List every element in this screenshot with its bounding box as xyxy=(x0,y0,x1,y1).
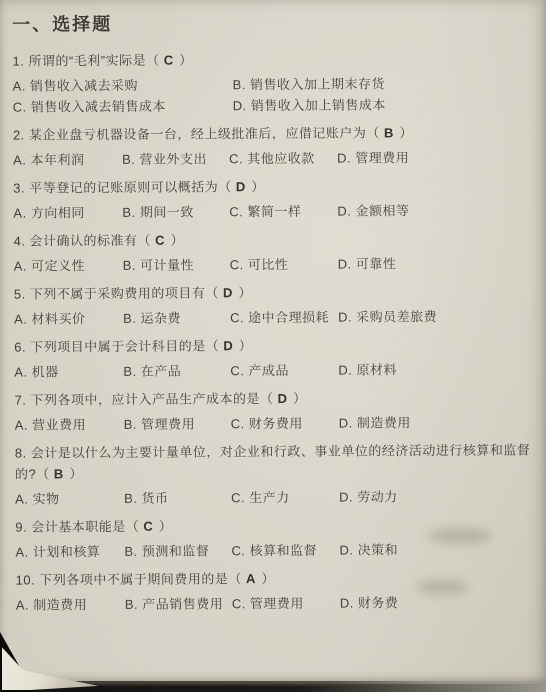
option-d: D. 销售收入加上销售成本 xyxy=(233,93,535,116)
option-b: B. 可计量性 xyxy=(123,254,230,276)
photo-of-exam-sheet: 一、选择题 1. 所谓的“毛利”实际是（ C ） A. 销售收入减去采购 B. … xyxy=(0,0,546,692)
question-1: 1. 所谓的“毛利”实际是（ C ） A. 销售收入减去采购 B. 销售收入加上… xyxy=(12,47,534,117)
option-d: D. 劳动力 xyxy=(339,485,537,507)
question-5: 5. 下列不属于采购费用的项目有（ D ） A. 材料买价 B. 运杂费 C. … xyxy=(14,280,536,329)
option-b: B. 产品销售费用 xyxy=(125,593,232,615)
question-stem-close: ） xyxy=(235,338,253,353)
options-row: A. 营业费用 B. 管理费用 C. 财务费用 D. 制造费用 xyxy=(15,411,537,435)
option-c: C. 管理费用 xyxy=(232,593,340,615)
answer-letter: C xyxy=(155,233,166,248)
option-c: C. 其他应收款 xyxy=(229,148,337,170)
option-a: A. 销售收入减去采购 xyxy=(13,74,233,96)
question-stem: 6. 下列项目中属于会计科目的是（ xyxy=(14,338,223,354)
answer-letter: C xyxy=(143,519,154,534)
option-d: D. 制造费用 xyxy=(339,411,537,433)
answer-letter: D xyxy=(223,338,234,353)
question-stem: 8. 会计是以什么为主要计量单位，对企业和行政、事业单位的经济活动进行核算和监督… xyxy=(15,442,531,481)
option-d: D. 管理费用 xyxy=(337,146,535,168)
question-text: 5. 下列不属于采购费用的项目有（ D ） xyxy=(14,280,536,304)
option-b: B. 运杂费 xyxy=(123,307,230,329)
question-stem: 7. 下列各项中，应计入产品生产成本的是（ xyxy=(14,391,277,408)
question-text: 4. 会计确认的标准有（ C ） xyxy=(14,227,536,251)
section-title: 一、选择题 xyxy=(12,9,534,36)
question-stem: 10. 下列各项中不属于期间费用的是（ xyxy=(16,571,246,587)
options-row: A. 制造费用 B. 产品销售费用 C. 管理费用 D. 财务费 xyxy=(16,591,538,615)
answer-letter: B xyxy=(384,125,395,140)
answer-letter: A xyxy=(246,571,257,586)
ink-smudge xyxy=(428,528,492,544)
question-stem-close: ） xyxy=(247,179,265,194)
question-stem: 2. 某企业盘亏机器设备一台，经上级批准后，应借记账户为（ xyxy=(13,125,384,142)
options-row: A. 可定义性 B. 可计量性 C. 可比性 D. 可靠性 xyxy=(14,252,536,276)
option-d: D. 金额相等 xyxy=(337,199,535,221)
option-b: B. 营业外支出 xyxy=(122,148,229,170)
question-stem-close: ） xyxy=(175,52,193,67)
option-a: A. 本年利润 xyxy=(13,149,122,171)
option-b: B. 在产品 xyxy=(123,360,230,382)
options-row: A. 材料买价 B. 运杂费 C. 途中合理损耗 D. 采购员差旅费 xyxy=(14,305,536,329)
question-text: 6. 下列项目中属于会计科目的是（ D ） xyxy=(14,333,536,357)
option-b: B. 期间一致 xyxy=(122,201,229,223)
question-stem: 3. 平等登记的记账原则可以概括为（ xyxy=(13,179,236,195)
question-6: 6. 下列项目中属于会计科目的是（ D ） A. 机器 B. 在产品 C. 产成… xyxy=(14,333,536,382)
option-a: A. 材料买价 xyxy=(14,308,123,330)
option-a: A. 可定义性 xyxy=(14,255,123,277)
question-text: 3. 平等登记的记账原则可以概括为（ D ） xyxy=(13,174,535,198)
option-c: C. 财务费用 xyxy=(231,413,339,435)
option-d: D. 原材料 xyxy=(338,358,536,380)
question-text: 8. 会计是以什么为主要计量单位，对企业和行政、事业单位的经济活动进行核算和监督… xyxy=(15,439,537,484)
option-c: C. 核算和监督 xyxy=(231,540,339,562)
option-a: A. 制造费用 xyxy=(16,594,125,616)
option-b: B. 销售收入加上期末存货 xyxy=(233,72,535,95)
question-stem-close: ） xyxy=(166,233,184,248)
option-c: C. 繁简一样 xyxy=(229,201,337,223)
options-row: A. 销售收入减去采购 B. 销售收入加上期末存货 C. 销售收入减去销售成本 … xyxy=(13,72,535,117)
question-stem-close: ） xyxy=(289,391,307,406)
question-stem: 9. 会计基本职能是（ xyxy=(15,519,143,535)
answer-letter: B xyxy=(54,466,65,481)
question-stem-close: ） xyxy=(257,571,275,586)
answer-letter: D xyxy=(278,391,289,406)
option-a: A. 实物 xyxy=(15,488,124,510)
ink-smudge xyxy=(416,580,468,594)
question-stem: 5. 下列不属于采购费用的项目有（ xyxy=(14,285,223,301)
question-3: 3. 平等登记的记账原则可以概括为（ D ） A. 方向相同 B. 期间一致 C… xyxy=(13,174,535,223)
option-b: B. 管理费用 xyxy=(124,413,231,435)
question-stem-close: ） xyxy=(395,125,413,140)
option-c: C. 途中合理损耗 xyxy=(230,307,338,329)
option-a: A. 计划和核算 xyxy=(15,541,124,563)
question-text: 1. 所谓的“毛利”实际是（ C ） xyxy=(12,47,534,71)
question-stem-close: ） xyxy=(155,519,173,534)
option-a: A. 营业费用 xyxy=(15,414,124,436)
options-row: A. 方向相同 B. 期间一致 C. 繁简一样 D. 金额相等 xyxy=(13,199,535,223)
option-b: B. 货币 xyxy=(124,487,231,509)
question-stem-close: ） xyxy=(234,285,252,300)
question-2: 2. 某企业盘亏机器设备一台，经上级批准后，应借记账户为（ B ） A. 本年利… xyxy=(13,121,535,170)
option-b: B. 预测和监督 xyxy=(124,540,231,562)
option-d: D. 财务费 xyxy=(340,591,538,613)
question-stem-close: ） xyxy=(65,466,83,481)
option-c: C. 生产力 xyxy=(231,487,339,509)
answer-letter: D xyxy=(223,285,234,300)
option-d: D. 采购员差旅费 xyxy=(338,305,536,327)
question-text: 2. 某企业盘亏机器设备一台，经上级批准后，应借记账户为（ B ） xyxy=(13,121,535,145)
option-a: A. 机器 xyxy=(14,361,123,383)
question-stem: 4. 会计确认的标准有（ xyxy=(14,233,156,249)
question-7: 7. 下列各项中，应计入产品生产成本的是（ D ） A. 营业费用 B. 管理费… xyxy=(14,386,536,435)
options-row: A. 实物 B. 货币 C. 生产力 D. 劳动力 xyxy=(15,485,537,509)
question-4: 4. 会计确认的标准有（ C ） A. 可定义性 B. 可计量性 C. 可比性 … xyxy=(14,227,536,276)
options-row: A. 机器 B. 在产品 C. 产成品 D. 原材料 xyxy=(14,358,536,382)
question-text: 7. 下列各项中，应计入产品生产成本的是（ D ） xyxy=(14,386,536,410)
answer-letter: D xyxy=(236,179,247,194)
option-c: C. 销售收入减去销售成本 xyxy=(13,95,233,117)
option-c: C. 产成品 xyxy=(230,360,338,382)
options-row: A. 本年利润 B. 营业外支出 C. 其他应收款 D. 管理费用 xyxy=(13,146,535,170)
option-a: A. 方向相同 xyxy=(13,202,122,224)
option-c: C. 可比性 xyxy=(230,254,338,276)
question-stem: 1. 所谓的“毛利”实际是（ xyxy=(12,53,163,69)
answer-letter: C xyxy=(164,53,175,68)
option-d: D. 可靠性 xyxy=(338,252,536,274)
question-8: 8. 会计是以什么为主要计量单位，对企业和行政、事业单位的经济活动进行核算和监督… xyxy=(15,439,537,509)
